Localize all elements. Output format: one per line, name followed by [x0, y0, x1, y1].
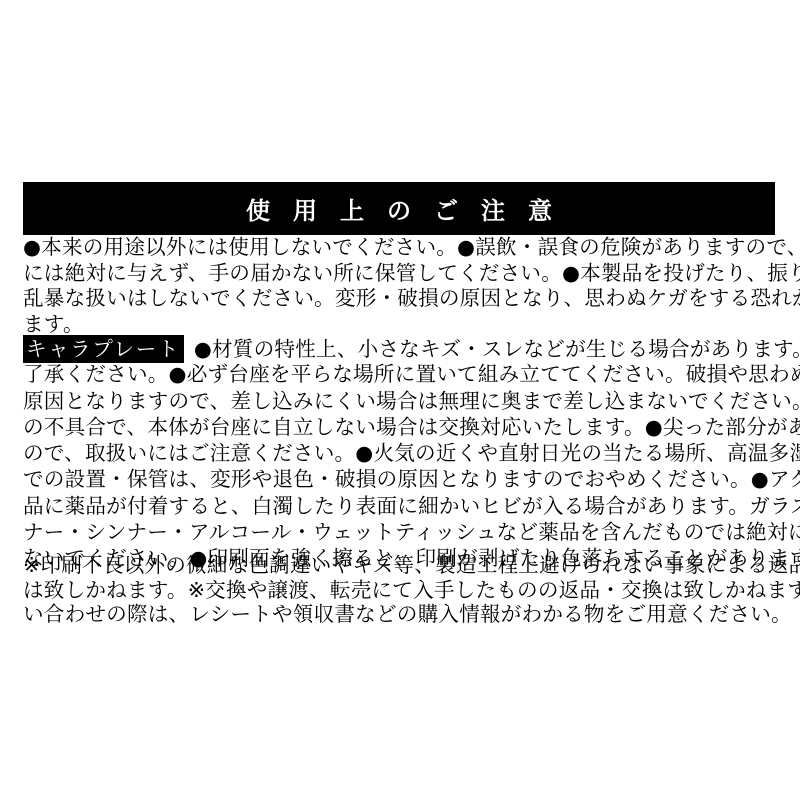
notice-line: ●本来の用途以外には使用しないでください。●誤飲・誤食の危険がありますので、乳幼…: [23, 235, 778, 261]
policy-line: は致しかねます。※交換や譲渡、転売にて入手したものの返品・交換は致しかねます。お…: [23, 578, 778, 603]
notice-line: には絶対に与えず、手の届かない所に保管してください。●本製品を投げたり、振り回す…: [23, 261, 778, 287]
notice-line: 原因となりますので、差し込みにくい場合は無理に奥まで差し込まないでください。製造…: [23, 388, 778, 414]
notice-line: ので、取扱いにはご注意ください。●火気の近くや直射日光の当たる場所、高温多湿な場…: [23, 440, 778, 466]
return-policy: ※印刷不良以外の微細な色調違いやキズ等、製造工程上避けられない事象による返品・交…: [23, 553, 778, 627]
policy-line: ※印刷不良以外の微細な色調違いやキズ等、製造工程上避けられない事象による返品・交…: [23, 553, 778, 578]
notice-line: での設置・保管は、変形や退色・破損の原因となりますのでおやめください。●アクリル…: [23, 466, 778, 492]
notice-line: 品に薬品が付着すると、白濁したり表面に細かいヒビが入る場合があります。ガラスクリ…: [23, 493, 778, 519]
notice-line: 了承ください。●必ず台座を平らな場所に置いて組み立ててください。破損や思わぬケガ…: [23, 361, 778, 387]
notice-line: ます。: [23, 312, 778, 338]
notice-line: ナー・シンナー・アルコール・ウェットティッシュなど薬品を含んだものでは絶対に拭か: [23, 519, 778, 545]
policy-line: い合わせの際は、レシートや領収書などの購入情報がわかる物をご用意ください。: [23, 602, 778, 627]
notice-title: 使用上のご注意: [223, 191, 575, 226]
notice-line: 乱暴な扱いはしないでください。変形・破損の原因となり、思わぬケガをする恐れがあり: [23, 286, 778, 312]
product-notice: キャラプレート●材質の特性上、小さなキズ・スレなどが生じる場合があります。予めご…: [23, 335, 778, 572]
notice-line: の不具合で、本体が台座に自立しない場合は交換対応いたします。●尖った部分がありま…: [23, 414, 778, 440]
notice-header: 使用上のご注意: [23, 182, 775, 235]
notice-line: キャラプレート●材質の特性上、小さなキズ・スレなどが生じる場合があります。予めご: [23, 335, 778, 361]
product-label: キャラプレート: [23, 335, 184, 363]
notice-text: ●材質の特性上、小さなキズ・スレなどが生じる場合があります。予めご: [194, 337, 800, 361]
general-notice: ●本来の用途以外には使用しないでください。●誤飲・誤食の危険がありますので、乳幼…: [23, 235, 778, 337]
